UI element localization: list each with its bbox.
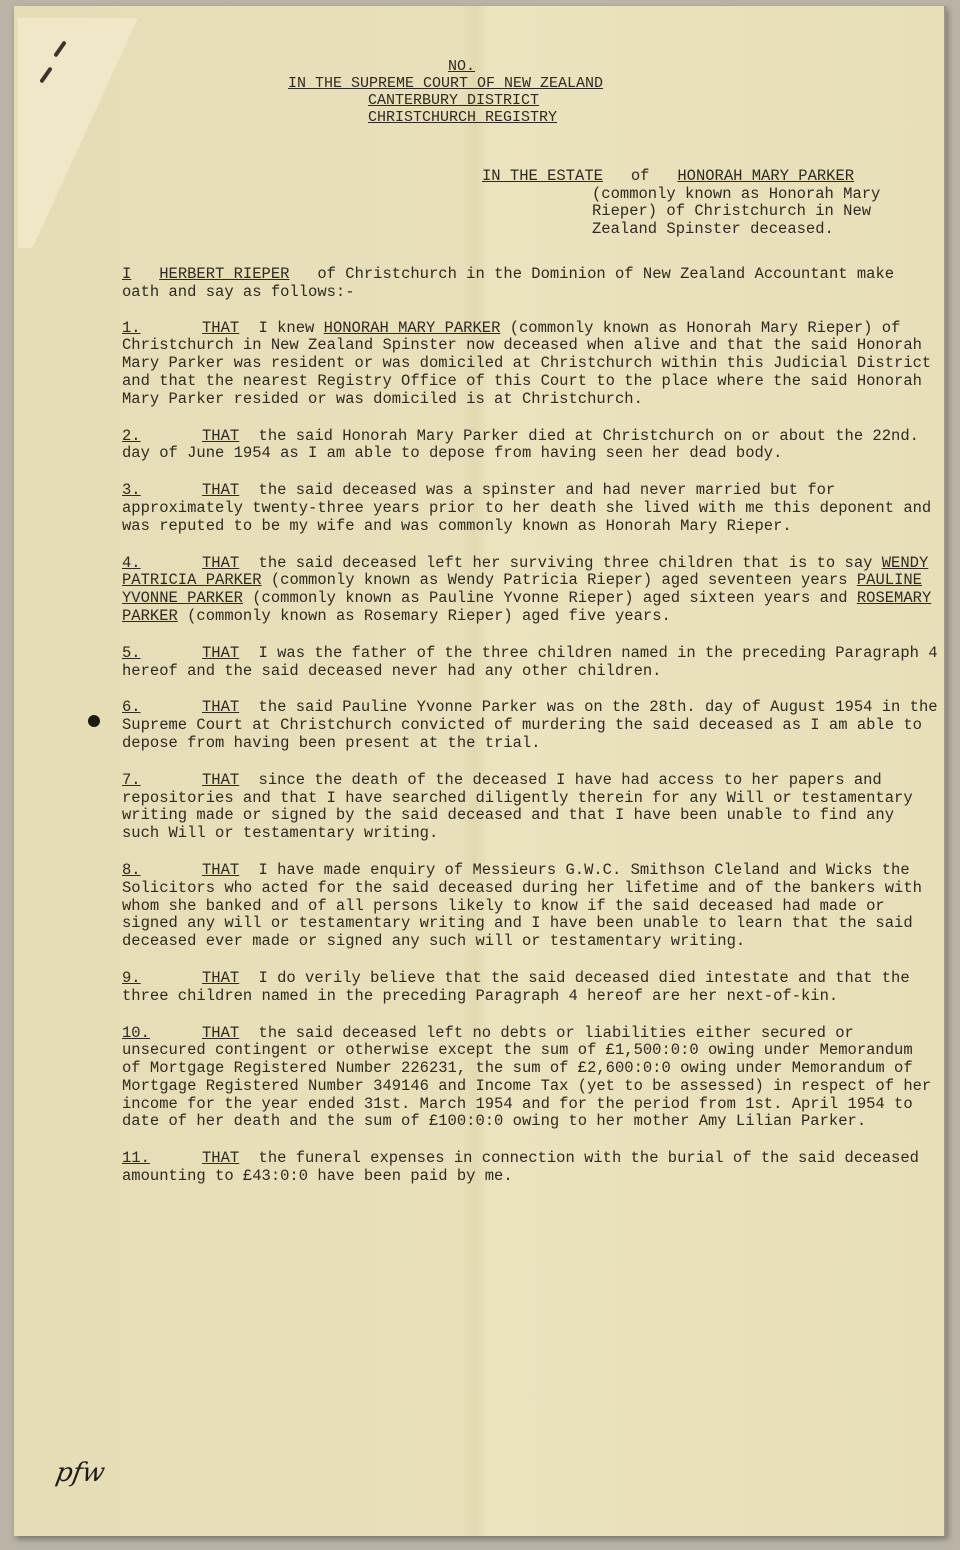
paragraph-7: 7.THAT since the death of the deceased I… <box>122 772 940 843</box>
paragraph-lead: THAT <box>202 969 239 987</box>
paragraph-4: 4.THAT the said deceased left her surviv… <box>122 555 940 626</box>
paragraph-lead: THAT <box>202 1024 239 1042</box>
paragraph-number: 9. <box>122 970 202 988</box>
paragraph-text: the said deceased was a spinster and had… <box>122 481 931 535</box>
paragraph-number: 3. <box>122 482 202 500</box>
punch-hole <box>88 715 100 727</box>
paragraph-9: 9.THAT I do verily believe that the said… <box>122 970 940 1006</box>
affidavit-body: I HERBERT RIEPER of Christchurch in the … <box>122 266 940 1205</box>
paragraph-number: 4. <box>122 555 202 573</box>
paragraph-number: 2. <box>122 428 202 446</box>
paragraph-text: (commonly known as Pauline Yvonne Rieper… <box>252 589 847 607</box>
paragraph-lead: THAT <box>202 771 239 789</box>
paragraph-5: 5.THAT I was the father of the three chi… <box>122 645 940 681</box>
paragraph-lead: THAT <box>202 554 239 572</box>
district-name: CANTERBURY DISTRICT <box>288 92 688 109</box>
person-name: HONORAH MARY PARKER <box>324 319 501 337</box>
paragraph-text: (commonly known as Rosemary Rieper) aged… <box>187 607 671 625</box>
paragraph-text: (commonly known as Wendy Patricia Rieper… <box>271 571 848 589</box>
deponent-name: HERBERT RIEPER <box>159 265 289 283</box>
paragraph-text: the said deceased left her surviving thr… <box>259 554 873 572</box>
intro-paragraph: I HERBERT RIEPER of Christchurch in the … <box>122 266 940 302</box>
paragraph-number: 5. <box>122 645 202 663</box>
estate-caption: IN THE ESTATE of HONORAH MARY PARKER (co… <box>482 168 922 238</box>
paragraph-text: (commonly known as Honorah Mary Rieper) … <box>122 319 931 408</box>
paragraph-text: the funeral expenses in connection with … <box>122 1149 919 1185</box>
paragraph-number: 7. <box>122 772 202 790</box>
deceased-name: HONORAH MARY PARKER <box>677 167 854 185</box>
paragraph-text: I was the father of the three children n… <box>122 644 938 680</box>
staple-icon <box>39 66 53 83</box>
paragraph-number: 1. <box>122 320 202 338</box>
paragraph-text: the said Honorah Mary Parker died at Chr… <box>122 427 919 463</box>
estate-prefix: IN THE ESTATE <box>482 167 603 185</box>
paragraph-text: I have made enquiry of Messieurs G.W.C. … <box>122 861 922 950</box>
paragraph-2: 2.THAT the said Honorah Mary Parker died… <box>122 428 940 464</box>
paragraph-lead: THAT <box>202 644 239 662</box>
paragraph-lead: THAT <box>202 319 239 337</box>
paragraph-8: 8.THAT I have made enquiry of Messieurs … <box>122 862 940 951</box>
paragraph-number: 8. <box>122 862 202 880</box>
paragraph-text: the said deceased left no debts or liabi… <box>122 1024 931 1131</box>
paragraph-text: the said Pauline Yvonne Parker was on th… <box>122 698 938 752</box>
paragraph-text: I knew <box>259 319 315 337</box>
paragraph-6: 6.THAT the said Pauline Yvonne Parker wa… <box>122 699 940 752</box>
paragraph-lead: THAT <box>202 698 239 716</box>
deceased-description: (commonly known as Honorah Mary Rieper) … <box>482 186 922 239</box>
paragraph-11: 11.THAT the funeral expenses in connecti… <box>122 1150 940 1186</box>
registry-name: CHRISTCHURCH REGISTRY <box>288 109 688 126</box>
estate-of: of <box>631 167 650 185</box>
paragraph-lead: THAT <box>202 1149 239 1167</box>
paragraph-number: 11. <box>122 1150 202 1168</box>
paragraph-number: 6. <box>122 699 202 717</box>
staple-icon <box>53 40 67 57</box>
paragraph-number: 10. <box>122 1025 202 1043</box>
paragraph-1: 1.THAT I knew HONORAH MARY PARKER (commo… <box>122 320 940 409</box>
paragraph-lead: THAT <box>202 427 239 445</box>
paragraph-3: 3.THAT the said deceased was a spinster … <box>122 482 940 535</box>
paragraph-text: since the death of the deceased I have h… <box>122 771 913 842</box>
court-heading: NO. IN THE SUPREME COURT OF NEW ZEALAND … <box>288 58 688 126</box>
paragraph-lead: THAT <box>202 861 239 879</box>
file-number-label: NO. <box>288 58 688 75</box>
intro-pronoun: I <box>122 265 131 283</box>
handwritten-initials: pfw <box>53 1458 107 1488</box>
paragraph-text: I do verily believe that the said deceas… <box>122 969 910 1005</box>
paragraph-10: 10.THAT the said deceased left no debts … <box>122 1025 940 1132</box>
paragraph-lead: THAT <box>202 481 239 499</box>
court-name: IN THE SUPREME COURT OF NEW ZEALAND <box>288 75 688 92</box>
